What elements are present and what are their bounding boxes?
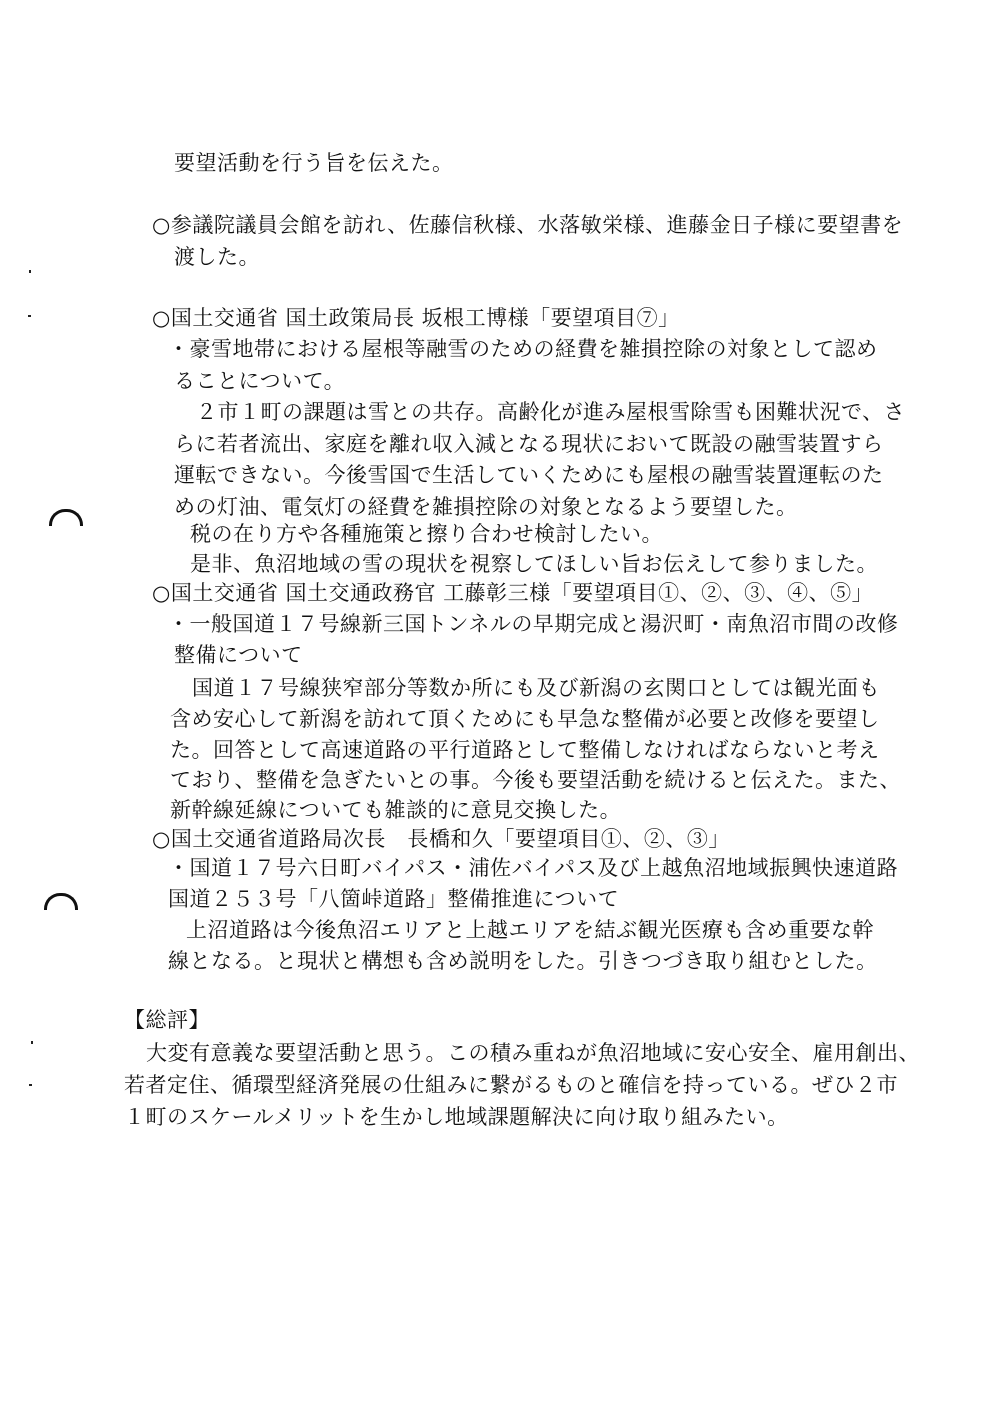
item-house-of-councillors-cont: 渡した。 — [174, 242, 260, 272]
paragraph-line: 是非、魚沼地域の雪の現状を視察してほしい旨お伝えして参りました。 — [190, 549, 878, 579]
margin-dot — [29, 1084, 32, 1086]
paragraph-line: 新幹線延線についても雑談的に意見交換した。 — [170, 795, 621, 825]
margin-dot — [28, 315, 31, 317]
paragraph-line: 上沼道路は今後魚沼エリアと上越エリアを結ぶ観光医療も含め重要な幹 — [186, 915, 874, 945]
paragraph-line: 国道１７号線狭窄部分等数か所にも及び新潟の玄関口としては観光面も — [192, 673, 880, 703]
summary-line: １町のスケールメリットを生かし地域課題解決に向け取り組みたい。 — [124, 1102, 789, 1132]
greeting-line: 要望活動を行う旨を伝えた。 — [174, 148, 454, 178]
margin-dot — [29, 270, 31, 273]
heading-road-bureau-deputy: ○国土交通省道路局次長 長橋和久「要望項目①、②、③」 — [152, 824, 730, 854]
punch-hole-mark — [44, 893, 78, 910]
bullet-route17-tunnel-cont: 整備について — [174, 640, 303, 670]
bullet-snow-melting-deduction: ・豪雪地帯における屋根等融雪のための経費を雑損控除の対象として認め — [168, 334, 878, 364]
bullet-bypass-roads: ・国道１７号六日町バイパス・浦佐バイパス及び上越魚沼地域振興快速道路 — [168, 853, 898, 883]
paragraph-line: ２市１町の課題は雪との共存。高齢化が進み屋根雪除雪も困難状況で、さ — [196, 397, 905, 427]
paragraph-line: た。回答として高速道路の平行道路として整備しなければならないと考え — [170, 735, 880, 765]
heading-mlit-parliamentary-secretary: ○国土交通省 国土交通政務官 工藤彰三様「要望項目①、②、③、④、⑤」 — [152, 578, 873, 608]
paragraph-line: 線となる。と現状と構想も含め説明をした。引きつづき取り組むとした。 — [168, 946, 878, 976]
bullet-snow-melting-deduction-cont: ることについて。 — [174, 366, 345, 396]
paragraph-line: ており、整備を急ぎたいとの事。今後も要望活動を続けると伝えた。また、 — [170, 765, 901, 795]
margin-dot — [31, 1041, 33, 1044]
paragraph-line: 税の在り方や各種施策と擦り合わせ検討したい。 — [190, 519, 663, 549]
bullet-route17-tunnel: ・一般国道１７号線新三国トンネルの早期完成と湯沢町・南魚沼市間の改修 — [168, 609, 898, 639]
paragraph-line: 運転できない。今後雪国で生活していくためにも屋根の融雪装置運転のた — [174, 460, 884, 490]
paragraph-line: らに若者流出、家庭を離れ収入減となる現状において既設の融雪装置すら — [174, 429, 884, 459]
bullet-bypass-roads-cont: 国道２５３号「八箇峠道路」整備推進について — [168, 884, 619, 914]
item-house-of-councillors: ○参議院議員会館を訪れ、佐藤信秋様、水落敏栄様、進藤金日子様に要望書を — [152, 210, 903, 240]
summary-heading: 【総評】 — [124, 1005, 210, 1035]
heading-mlit-policy-bureau: ○国土交通省 国土政策局長 坂根工博様「要望項目⑦」 — [152, 303, 680, 333]
punch-hole-mark — [49, 509, 83, 526]
summary-line: 大変有意義な要望活動と思う。この積み重ねが魚沼地域に安心安全、雇用創出、 — [146, 1038, 920, 1068]
paragraph-line: 含め安心して新潟を訪れて頂くためにも早急な整備が必要と改修を要望し — [170, 704, 880, 734]
summary-line: 若者定住、循環型経済発展の仕組みに繋がるものと確信を持っている。ぜひ２市 — [124, 1070, 898, 1100]
paragraph-line: めの灯油、電気灯の経費を雑損控除の対象となるよう要望した。 — [174, 492, 798, 522]
